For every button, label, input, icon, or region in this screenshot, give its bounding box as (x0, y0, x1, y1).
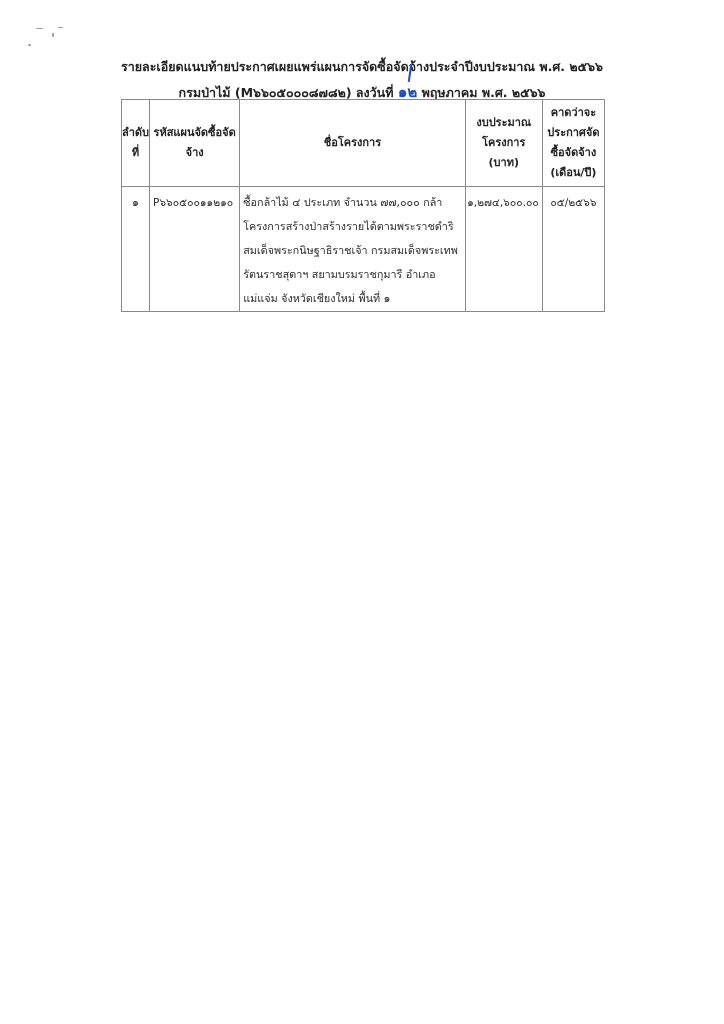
cell-no: ๑ (122, 187, 150, 312)
header-no: ลำดับ ที่ (122, 100, 150, 187)
subtitle-prefix: กรมป่าไม้ (M๖๖๐๕๐๐๐๘๗๘๒) ลงวันที่ (179, 85, 398, 100)
cell-expected-date: ๐๕/๒๕๖๖ (542, 187, 604, 312)
cell-project-name: ซื้อกล้าไม้ ๔ ประเภท จำนวน ๗๗,๐๐๐ กล้า โ… (240, 187, 465, 312)
cell-plan-code: P๖๖๐๕๐๐๑๑๒๑๐ (150, 187, 240, 312)
table-row: ๑ P๖๖๐๕๐๐๑๑๒๑๐ ซื้อกล้าไม้ ๔ ประเภท จำนว… (122, 187, 605, 312)
procurement-plan-table: ลำดับ ที่ รหัสแผนจัดซื้อจัด จ้าง ชื่อโคร… (121, 99, 605, 312)
header-project-name: ชื่อโครงการ (240, 100, 465, 187)
scan-artifact (28, 20, 78, 50)
header-plan-code: รหัสแผนจัดซื้อจัด จ้าง (150, 100, 240, 187)
header-expected-date: คาดว่าจะ ประกาศจัด ซื้อจัดจ้าง (เดือน/ปี… (542, 100, 604, 187)
cell-budget: ๑,๒๗๔,๖๐๐.๐๐ (465, 187, 542, 312)
subtitle-suffix: พฤษภาคม พ.ศ. ๒๕๖๖ (417, 85, 545, 100)
header-budget: งบประมาณ โครงการ (บาท) (465, 100, 542, 187)
table-header-row: ลำดับ ที่ รหัสแผนจัดซื้อจัด จ้าง ชื่อโคร… (122, 100, 605, 187)
document-title: รายละเอียดแนบท้ายประกาศเผยแพร่แผนการจัดซ… (0, 57, 724, 77)
